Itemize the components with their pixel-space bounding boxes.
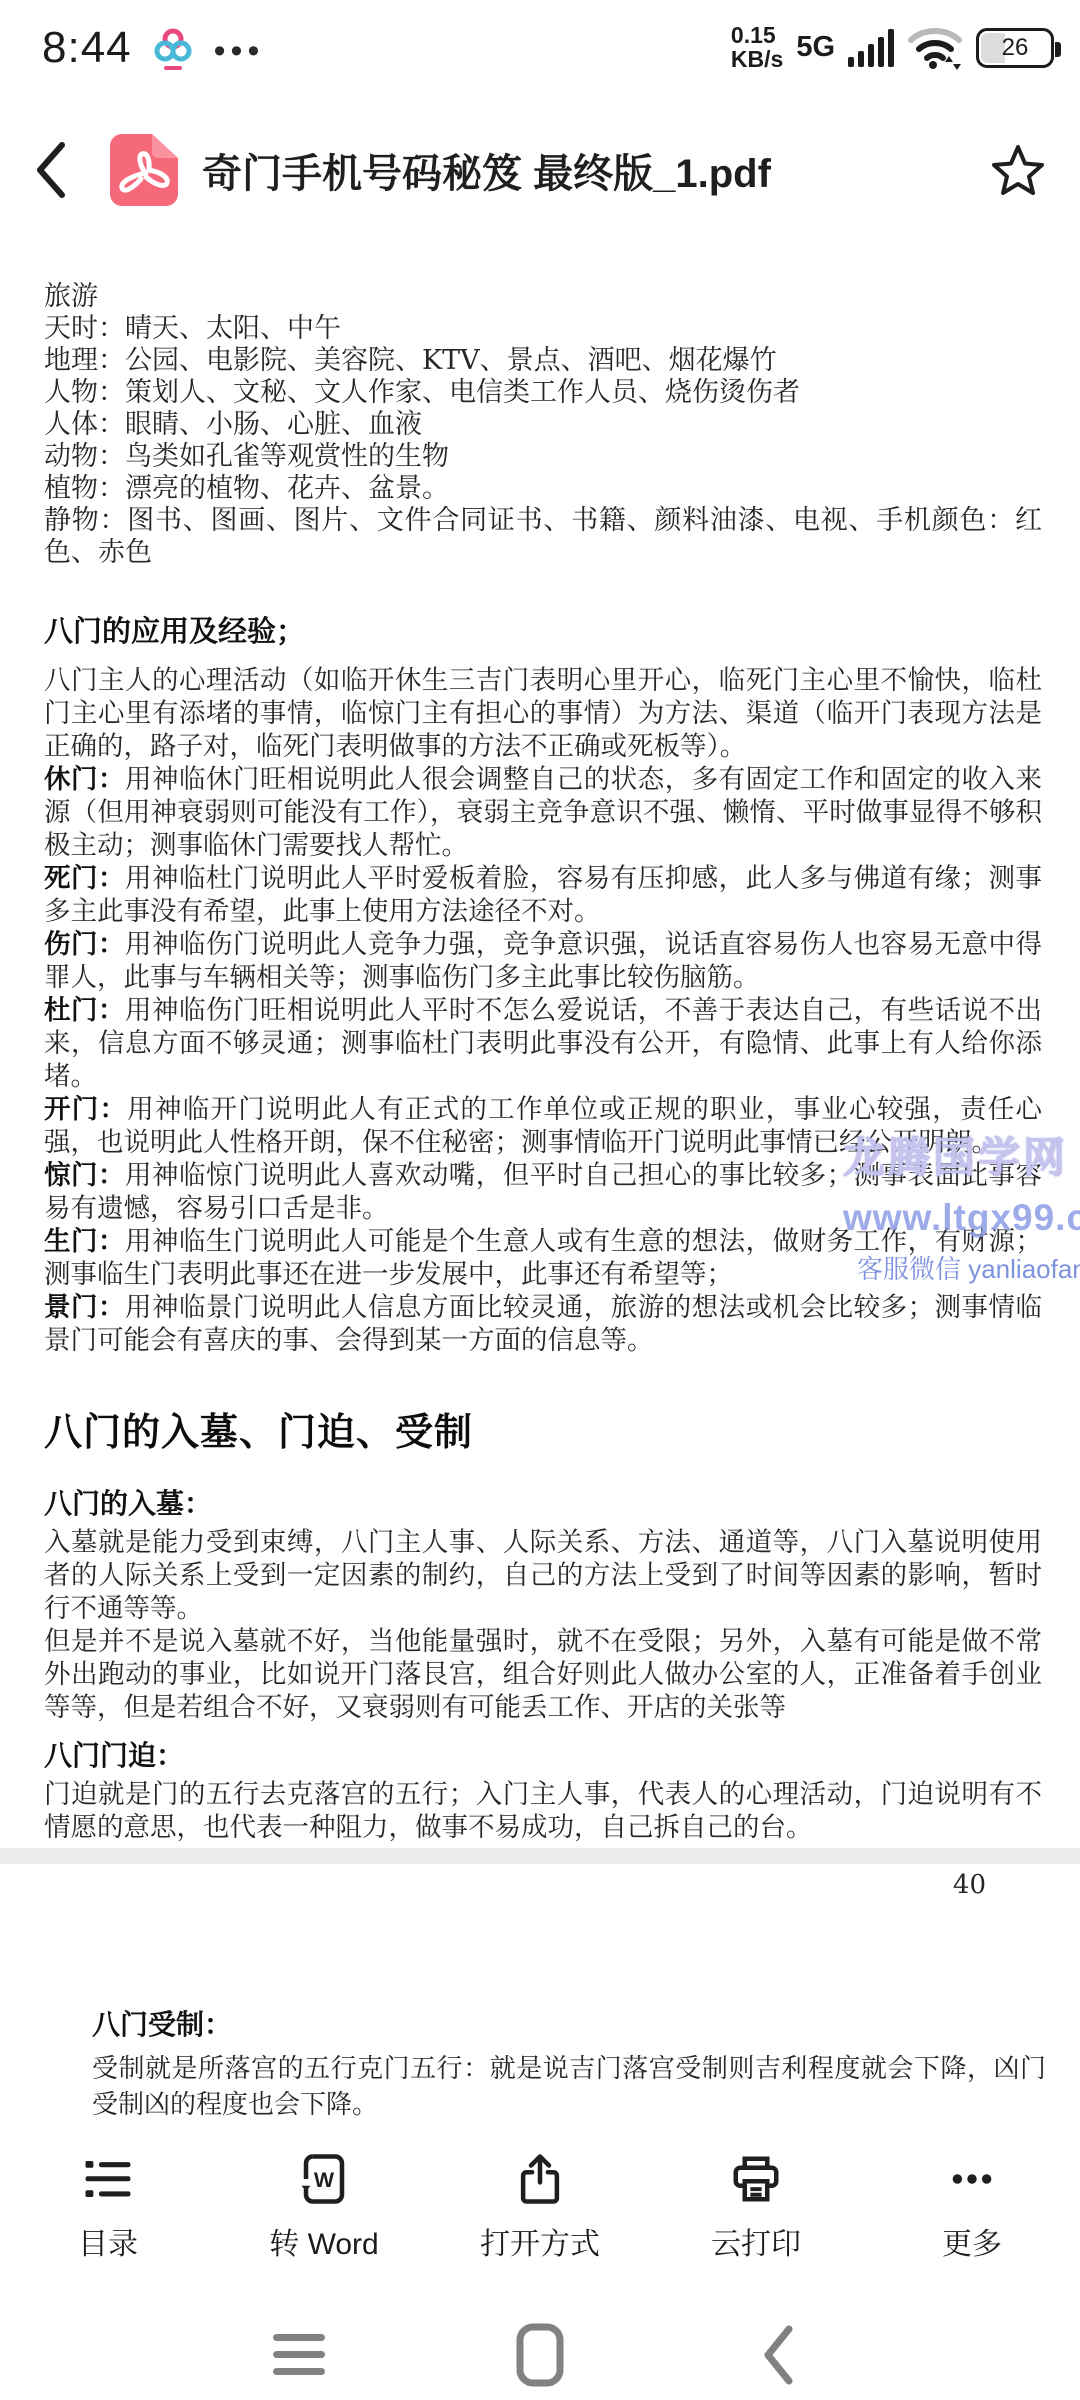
- sub-heading: 八门的入墓：: [44, 1482, 1042, 1522]
- more-button[interactable]: 更多: [864, 2135, 1080, 2310]
- page-break-divider: [0, 1848, 1080, 1864]
- gate-paragraph: 生门：用神临生门说明此人可能是个生意人或有生意的想法，做财务工作，有财源；测事临…: [44, 1225, 1042, 1291]
- sub-heading: 八门受制：: [92, 2003, 1046, 2043]
- notification-app-icon: [152, 24, 194, 72]
- gate-paragraph: 惊门：用神临惊门说明此人喜欢动嘴，但平时自己担心的事比较多；测事表面此事容易有遗…: [44, 1159, 1042, 1225]
- app-header: 奇门手机号码秘笈 最终版_1.pdf: [0, 95, 1080, 245]
- list-line: 天时：晴天、太阳、中午: [44, 313, 1042, 345]
- favorite-star-button[interactable]: [982, 143, 1046, 197]
- system-navigation-bar: [0, 2310, 1080, 2400]
- list-line: 人体：眼睛、小肠、心脏、血液: [44, 409, 1042, 441]
- battery-indicator: 26: [976, 28, 1054, 68]
- back-button[interactable]: [34, 141, 94, 199]
- page-number: 40: [44, 1870, 1042, 1900]
- section-heading: 八门的应用及经验；: [44, 609, 1042, 650]
- attribute-list: 旅游 天时：晴天、太阳、中午 地理：公园、电影院、美容院、KTV、景点、酒吧、烟…: [44, 281, 1042, 569]
- toc-label: 目录: [78, 2219, 138, 2263]
- list-line: 植物：漂亮的植物、花卉、盆景。: [44, 473, 1042, 505]
- bottom-toolbar: 目录 W 转 Word 打开方式: [0, 2135, 1080, 2310]
- toc-icon: [80, 2151, 136, 2207]
- wifi-icon: [907, 26, 963, 70]
- more-dots-icon: [944, 2151, 1000, 2207]
- svg-text:W: W: [314, 2168, 335, 2192]
- sub-heading: 八门门迫：: [44, 1734, 1042, 1774]
- network-type-label: 5G: [796, 31, 835, 64]
- tomb-paragraph-1: 入墓就是能力受到束缚，八门主人事、人际关系、方法、通道等，八门入墓说明使用者的人…: [44, 1526, 1042, 1625]
- convert-to-word-label: 转 Word: [269, 2219, 378, 2263]
- document-title: 奇门手机号码秘笈 最终版_1.pdf: [202, 142, 982, 199]
- list-line: 人物：策划人、文秘、文人作家、电信类工作人员、烧伤烫伤者: [44, 377, 1042, 409]
- pdf-page-41: 八门受制： 受制就是所落宫的五行克门五行：就是说吉门落宫受制则吉利程度就会下降，…: [92, 2003, 1046, 2123]
- status-bar: 8:44 ••• 0.15 KB/s 5G: [0, 0, 1080, 95]
- list-line: 地理：公园、电影院、美容院、KTV、景点、酒吧、烟花爆竹: [44, 345, 1042, 377]
- restrain-paragraph: 受制就是所落宫的五行克门五行：就是说吉门落宫受制则吉利程度就会下降，凶门受制凶的…: [92, 2051, 1046, 2123]
- cloud-print-button[interactable]: 云打印: [648, 2135, 864, 2310]
- more-label: 更多: [942, 2219, 1002, 2263]
- gate-paragraph: 死门：用神临杜门说明此人平时爱板着脸，容易有压抑感，此人多与佛道有缘；测事多主此…: [44, 862, 1042, 928]
- printer-icon: [728, 2151, 784, 2207]
- tomb-paragraph-2: 但是并不是说入墓就不好，当他能量强时，就不在受限；另外，入墓有可能是做不常外出跑…: [44, 1625, 1042, 1724]
- toc-button[interactable]: 目录: [0, 2135, 216, 2310]
- pdf-page-view[interactable]: 旅游 天时：晴天、太阳、中午 地理：公园、电影院、美容院、KTV、景点、酒吧、烟…: [0, 245, 1080, 2135]
- more-notifications-icon: •••: [214, 28, 265, 68]
- pdf-file-icon: [108, 132, 180, 208]
- clock: 8:44: [42, 23, 132, 73]
- list-line: 静物：图书、图画、图片、文件合同证书、书籍、颜料油漆、电视、手机颜色：红色、赤色: [44, 505, 1042, 569]
- gate-paragraph: 开门：用神临开门说明此人有正式的工作单位或正规的职业，事业心较强，责任心强，也说…: [44, 1093, 1042, 1159]
- open-with-button[interactable]: 打开方式: [432, 2135, 648, 2310]
- convert-to-word-button[interactable]: W 转 Word: [216, 2135, 432, 2310]
- gate-paragraph: 杜门：用神临伤门旺相说明此人平时不怎么爱说话，不善于表达自己，有些话说不出来，信…: [44, 994, 1042, 1093]
- open-with-label: 打开方式: [480, 2219, 600, 2263]
- list-line: 动物：鸟类如孔雀等观赏性的生物: [44, 441, 1042, 473]
- share-open-icon: [512, 2151, 568, 2207]
- back-nav-button[interactable]: [747, 2324, 809, 2386]
- gate-paragraph: 伤门：用神临伤门说明此人竞争力强，竞争意识强，说话直容易伤人也容易无意中得罪人，…: [44, 928, 1042, 994]
- recent-apps-button[interactable]: [271, 2324, 333, 2386]
- gate-paragraph: 景门：用神临景门说明此人信息方面比较灵通，旅游的想法或机会比较多；测事情临景门可…: [44, 1291, 1042, 1357]
- force-paragraph: 门迫就是门的五行去克落宫的五行；入门主人事，代表人的心理活动，门迫说明有不情愿的…: [44, 1778, 1042, 1844]
- signal-strength-icon: [848, 27, 894, 69]
- chapter-heading: 八门的入墓、门迫、受制: [44, 1401, 1042, 1456]
- home-button[interactable]: [509, 2324, 571, 2386]
- word-convert-icon: W: [296, 2151, 352, 2207]
- intro-paragraph: 八门主人的心理活动（如临开休生三吉门表明心里开心，临死门主心里不愉快，临杜门主心…: [44, 664, 1042, 763]
- pdf-page-40: 旅游 天时：晴天、太阳、中午 地理：公园、电影院、美容院、KTV、景点、酒吧、烟…: [0, 245, 1080, 1900]
- cloud-print-label: 云打印: [711, 2219, 801, 2263]
- gate-paragraph: 休门：用神临休门旺相说明此人很会调整自己的状态，多有固定工作和固定的收入来源（但…: [44, 763, 1042, 862]
- list-line: 旅游: [44, 281, 1042, 313]
- network-speed: 0.15 KB/s: [731, 24, 783, 71]
